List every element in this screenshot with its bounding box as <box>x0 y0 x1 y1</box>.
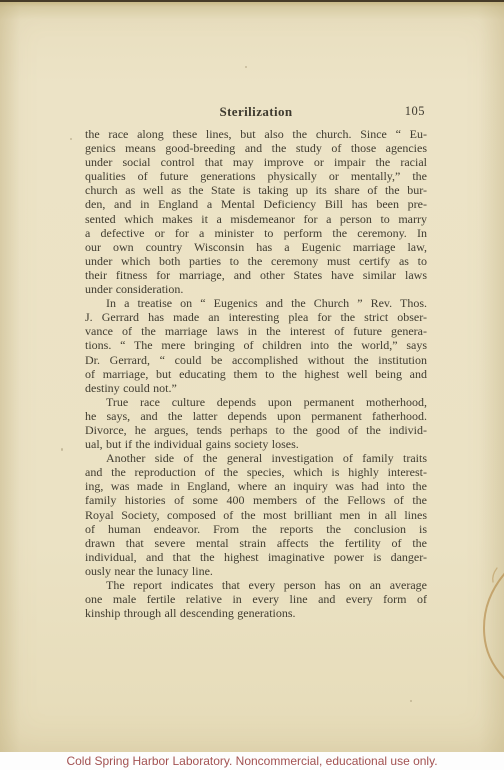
text-line: Divorce, he argues, tends perhaps to the… <box>85 423 427 437</box>
text-line: of human endeavor. From the reports the … <box>85 522 427 536</box>
text-line: under which both parties to the ceremony… <box>85 254 427 268</box>
text-line: ual, but if the individual gains society… <box>85 437 427 451</box>
text-line: vance of the marriage laws in the intere… <box>85 324 427 338</box>
paragraph: True race culture depends upon permanent… <box>85 395 427 451</box>
text-line: ing, was made in England, where an inqui… <box>85 479 427 493</box>
text-line: family histories of some 400 members of … <box>85 493 427 507</box>
text-line: tions. “ The mere bringing of children i… <box>85 338 427 352</box>
text-line: he says, and the latter depends upon per… <box>85 409 427 423</box>
text-line: church as well as the State is taking up… <box>85 183 427 197</box>
text-line: qualities of future generations physical… <box>85 169 427 183</box>
text-line: under social control that may improve or… <box>85 155 427 169</box>
text-line: J. Gerrard has made an interesting plea … <box>85 310 427 324</box>
text-line: our own country Wisconsin has a Eugenic … <box>85 240 427 254</box>
text-line: a defective or for a minister to perform… <box>85 226 427 240</box>
text-line: drawn that severe mental strain affects … <box>85 536 427 550</box>
text-line: den, and in England a Mental Deficiency … <box>85 197 427 211</box>
text-line: The report indicates that every person h… <box>85 578 427 592</box>
paragraph: In a treatise on “ Eugenics and the Chur… <box>85 296 427 395</box>
text-line: kinship through all descending generatio… <box>85 606 427 620</box>
text-line: Another side of the general investigatio… <box>85 451 427 465</box>
text-line: under consideration. <box>85 282 427 296</box>
page-number: 105 <box>405 104 425 119</box>
paper-speck <box>70 138 72 140</box>
text-line: sented which makes it a misdemeanor for … <box>85 212 427 226</box>
digitization-footer: Cold Spring Harbor Laboratory. Noncommer… <box>0 752 504 770</box>
text-line: Dr. Gerrard, “ could be accomplished wit… <box>85 353 427 367</box>
paper-speck <box>245 66 247 68</box>
text-line: True race culture depends upon permanent… <box>85 395 427 409</box>
paragraph: the race along these lines, but also the… <box>85 127 427 296</box>
page-title: Sterilization <box>85 104 427 120</box>
paper-speck <box>61 448 63 451</box>
text-line: destiny could not.” <box>85 381 427 395</box>
text-line: and the reproduction of the species, whi… <box>85 465 427 479</box>
text-line: of marriage, but educating them to the h… <box>85 367 427 381</box>
copyright-caption: Cold Spring Harbor Laboratory. Noncommer… <box>66 754 437 768</box>
paper-speck <box>410 700 412 702</box>
text-line: In a treatise on “ Eugenics and the Chur… <box>85 296 427 310</box>
text-line: individual, and that the highest imagina… <box>85 550 427 564</box>
text-line: their fitness for marriage, and other St… <box>85 268 427 282</box>
text-line: Royal Society, composed of the most bril… <box>85 508 427 522</box>
paragraph: Another side of the general investigatio… <box>85 451 427 578</box>
running-head: Sterilization 105 <box>85 104 427 119</box>
text-line: genics means good-breeding and the study… <box>85 141 427 155</box>
text-line: ously near the lunacy line. <box>85 564 427 578</box>
scanned-book-page: Sterilization 105 the race along these l… <box>0 0 504 770</box>
text-line: the race along these lines, but also the… <box>85 127 427 141</box>
paragraph: The report indicates that every person h… <box>85 578 427 620</box>
text-line: one male fertile relative in every line … <box>85 592 427 606</box>
body-text-block: the race along these lines, but also the… <box>85 127 427 620</box>
